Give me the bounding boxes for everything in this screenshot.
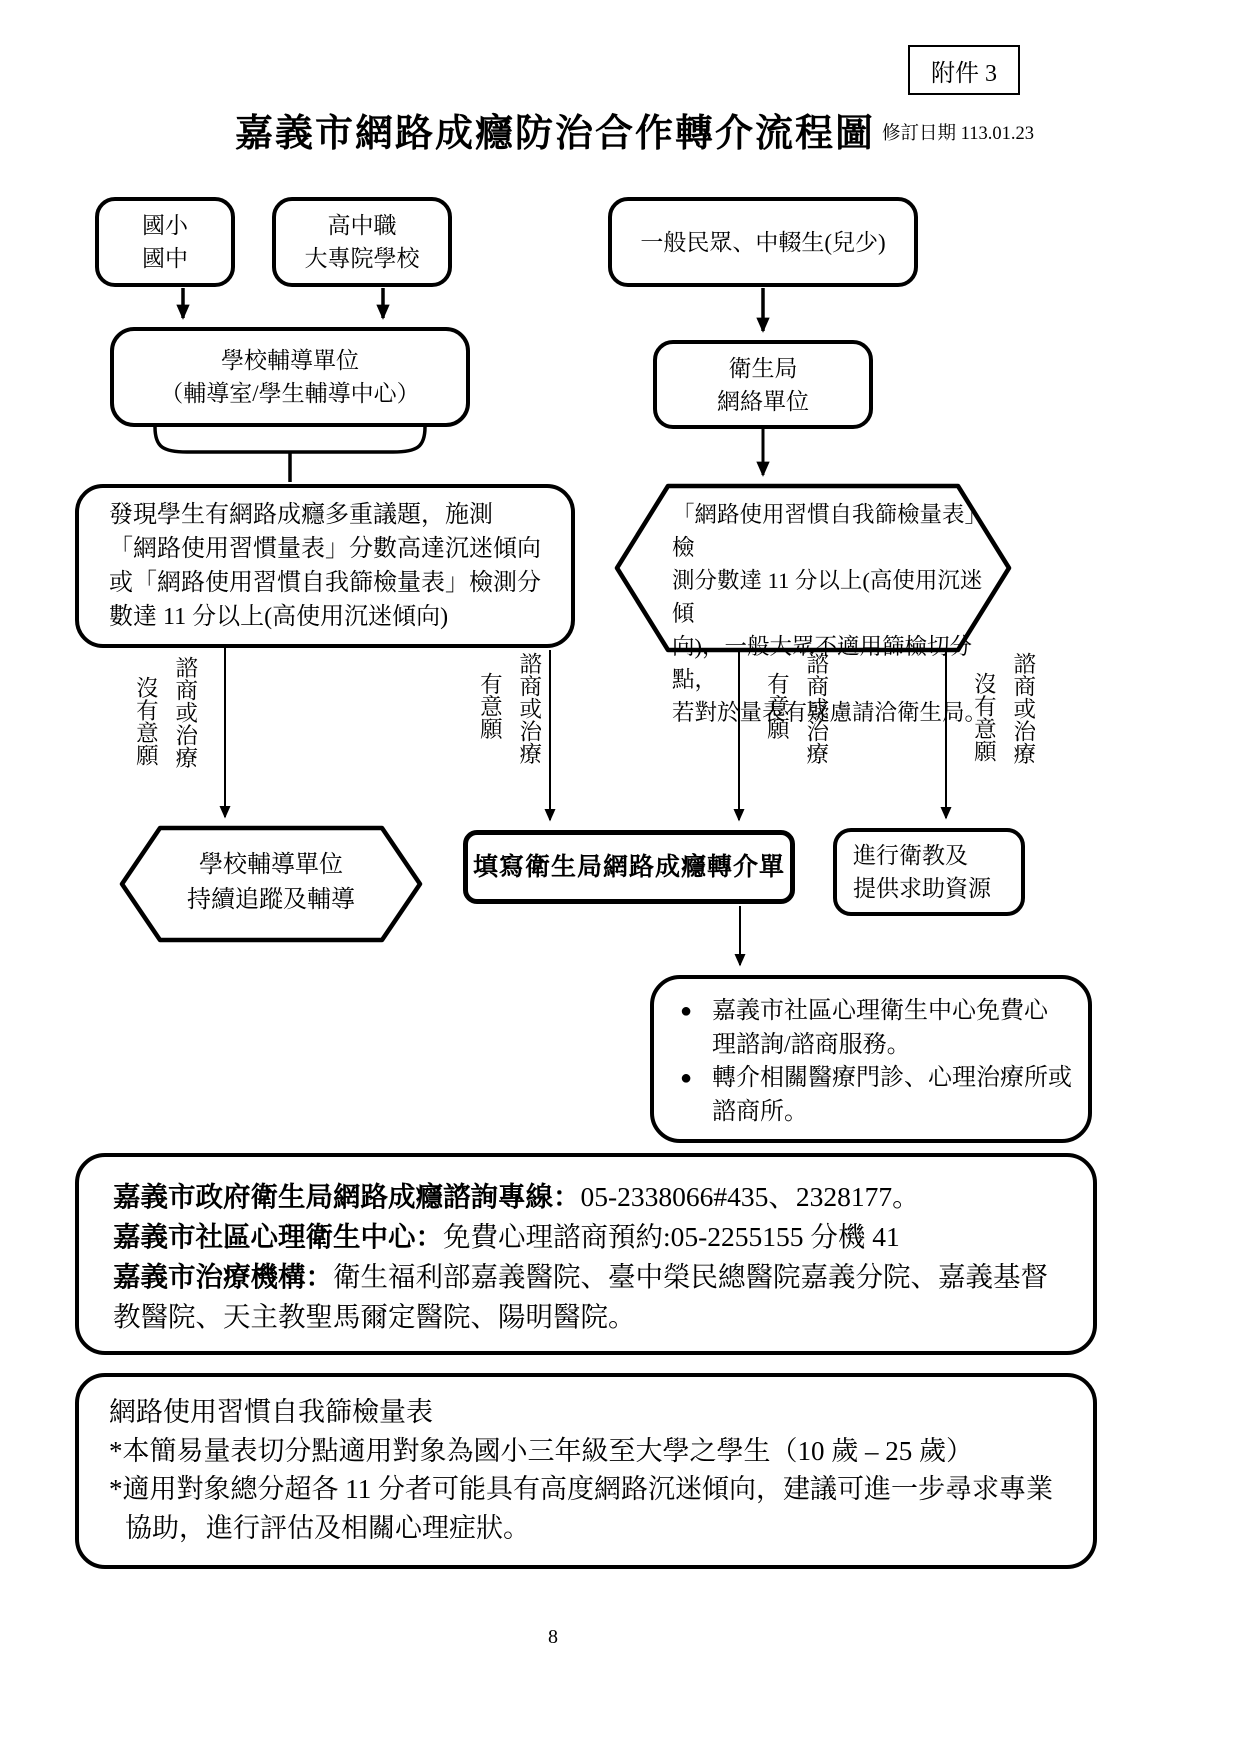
health-education-line2: 提供求助資源 — [853, 872, 991, 905]
branch-label-3-right-column: 諮商或治療 — [796, 652, 835, 852]
service-referral-line1: 轉介相關醫療門診、心理治療所或 — [712, 1062, 1072, 1096]
scale-note-1: *本簡易量表切分點適用對象為國小三年級至大學之學生（10 歲 – 25 歲） — [109, 1432, 1063, 1471]
document-page: 附件 3 嘉義市網路成癮防治合作轉介流程圖 修訂日期 113.01.23 國小 … — [0, 0, 1241, 1755]
node-elementary-line2: 國中 — [142, 242, 188, 275]
service-item-referral-text: 轉介相關醫療門診、心理治療所或 諮商所。 — [712, 1062, 1072, 1129]
node-elementary-line1: 國小 — [142, 209, 188, 242]
service-counseling-line2: 理諮詢/諮商服務。 — [712, 1029, 1048, 1063]
page-title: 嘉義市網路成癮防治合作轉介流程圖 — [205, 102, 905, 157]
branch-label-willing-right: 諮商或治療 有意願 — [757, 652, 836, 852]
branch-label-4-left-column: 沒有意願 — [964, 652, 1003, 852]
student-screening-line2: 「網路使用習慣量表」分數高達沉迷傾向 — [109, 532, 541, 566]
node-highschool-line2: 大專院學校 — [305, 242, 420, 275]
branch-label-3-left-column: 有意願 — [757, 652, 796, 852]
health-education-line1: 進行衛教及 — [853, 839, 968, 872]
center-value: 免費心理諮商預約:05-2255155 分機 41 — [443, 1221, 900, 1252]
service-item-counseling-text: 嘉義市社區心理衛生中心免費心 理諮詢/諮商服務。 — [712, 995, 1048, 1062]
center-label: 嘉義市社區心理衛生中心： — [113, 1221, 443, 1252]
branch-label-no-willingness-left: 諮商或治療 沒有意願 — [126, 656, 205, 856]
hospitals-label: 嘉義市治療機構： — [113, 1261, 333, 1292]
scale-note-2: *適用對象總分超各 11 分者可能具有高度網路沉迷傾向，建議可進一步尋求專業協助… — [109, 1470, 1063, 1547]
node-school-counseling-line1: 學校輔導單位 — [221, 344, 359, 377]
node-highschool-college: 高中職 大專院學校 — [272, 197, 452, 287]
node-referral-form: 填寫衛生局網路成癮轉介單 — [463, 830, 795, 904]
center-line: 嘉義市社區心理衛生中心：免費心理諮商預約:05-2255155 分機 41 — [113, 1217, 1059, 1257]
node-health-bureau-line2: 網絡單位 — [717, 385, 809, 418]
node-general-public-text: 一般民眾、中輟生(兒少) — [640, 226, 885, 259]
student-screening-line4: 數達 11 分以上(高使用沉迷傾向) — [109, 600, 448, 634]
service-counseling-line1: 嘉義市社區心理衛生中心免費心 — [712, 995, 1048, 1029]
scale-note-title: 網路使用習慣自我篩檢量表 — [109, 1393, 1063, 1432]
hexagon-school-followup-text: 學校輔導單位 持續追蹤及輔導 — [160, 848, 382, 918]
node-student-screening: 發現學生有網路成癮多重議題，施測 「網路使用習慣量表」分數高達沉迷傾向 或「網路… — [75, 484, 575, 648]
student-screening-line1: 發現學生有網路成癮多重議題，施測 — [109, 498, 493, 532]
node-health-bureau: 衛生局 網絡單位 — [653, 340, 873, 429]
hotline-value: 05-2338066#435、2328177。 — [581, 1181, 920, 1212]
public-screening-line1: 「網路使用習慣自我篩檢量表」檢 — [672, 498, 994, 564]
revision-date: 修訂日期 113.01.23 — [882, 119, 1034, 145]
branch-label-1-right-column: 諮商或治療 — [165, 656, 204, 856]
bullet-icon: ● — [680, 995, 712, 1062]
contact-info-box: 嘉義市政府衛生局網路成癮諮詢專線：05-2338066#435、2328177。… — [75, 1153, 1097, 1355]
branch-label-willing-left: 諮商或治療 有意願 — [470, 652, 549, 852]
scale-note-box: 網路使用習慣自我篩檢量表 *本簡易量表切分點適用對象為國小三年級至大學之學生（1… — [75, 1373, 1097, 1569]
node-service-list: ● 嘉義市社區心理衛生中心免費心 理諮詢/諮商服務。 ● 轉介相關醫療門診、心理… — [650, 975, 1092, 1143]
page-number: 8 — [0, 1626, 1106, 1649]
bullet-icon: ● — [680, 1062, 712, 1129]
node-school-counseling-unit: 學校輔導單位 （輔導室/學生輔導中心） — [110, 327, 470, 427]
node-health-bureau-line1: 衛生局 — [729, 352, 798, 385]
branch-label-2-right-column: 諮商或治療 — [509, 652, 548, 852]
node-health-education: 進行衛教及 提供求助資源 — [833, 828, 1025, 916]
service-item-referral: ● 轉介相關醫療門診、心理治療所或 諮商所。 — [680, 1062, 1072, 1129]
followup-line1: 學校輔導單位 — [160, 848, 382, 883]
node-general-public: 一般民眾、中輟生(兒少) — [608, 197, 918, 287]
hotline-line: 嘉義市政府衛生局網路成癮諮詢專線：05-2338066#435、2328177。 — [113, 1177, 1059, 1217]
branch-label-2-left-column: 有意願 — [470, 652, 509, 852]
student-screening-line3: 或「網路使用習慣自我篩檢量表」檢測分 — [109, 566, 541, 600]
branch-label-4-right-column: 諮商或治療 — [1003, 652, 1042, 852]
node-referral-form-text: 填寫衛生局網路成癮轉介單 — [473, 851, 785, 884]
service-item-counseling: ● 嘉義市社區心理衛生中心免費心 理諮詢/諮商服務。 — [680, 995, 1048, 1062]
node-school-counseling-line2: （輔導室/學生輔導中心） — [160, 377, 419, 410]
hospitals-line: 嘉義市治療機構：衛生福利部嘉義醫院、臺中榮民總醫院嘉義分院、嘉義基督教醫院、天主… — [113, 1257, 1059, 1337]
hotline-label: 嘉義市政府衛生局網路成癮諮詢專線： — [113, 1181, 581, 1212]
branch-label-1-left-column: 沒有意願 — [126, 656, 165, 856]
node-highschool-line1: 高中職 — [328, 209, 397, 242]
public-screening-line2: 測分數達 11 分以上(高使用沉迷傾 — [672, 564, 994, 630]
service-referral-line2: 諮商所。 — [712, 1096, 1072, 1130]
attachment-badge: 附件 3 — [908, 45, 1020, 95]
node-elementary-school: 國小 國中 — [95, 197, 235, 287]
brace-school-unit-merge — [155, 427, 425, 452]
branch-label-no-willingness-right: 諮商或治療 沒有意願 — [964, 652, 1043, 852]
followup-line2: 持續追蹤及輔導 — [160, 883, 382, 918]
